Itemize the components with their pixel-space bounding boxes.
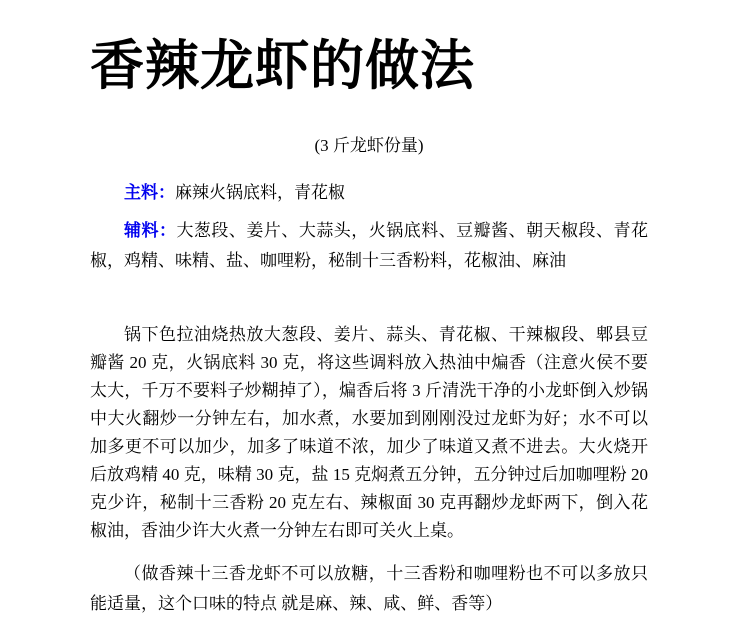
page-title: 香辣龙虾的做法	[90, 34, 648, 99]
recipe-instructions-paragraph: 锅下色拉油烧热放大葱段、姜片、蒜头、青花椒、干辣椒段、郫县豆瓣酱 20 克，火锅…	[90, 321, 648, 545]
portion-note: (3 斤龙虾份量)	[90, 135, 648, 156]
main-ingredients-text: 麻辣火锅底料，青花椒	[175, 183, 345, 202]
recipe-note-paragraph: （做香辣十三香龙虾不可以放糖，十三香粉和咖哩粉也不可以多放只能适量，这个口味的特…	[90, 559, 648, 619]
aux-ingredients-line: 辅料：大葱段、姜片、大蒜头，火锅底料、豆瓣酱、朝天椒段、青花椒，鸡精、味精、盐、…	[90, 216, 648, 276]
main-ingredients-label: 主料：	[124, 183, 175, 202]
main-ingredients-line: 主料：麻辣火锅底料，青花椒	[90, 178, 648, 208]
recipe-document: 香辣龙虾的做法 (3 斤龙虾份量) 主料：麻辣火锅底料，青花椒 辅料：大葱段、姜…	[0, 0, 738, 627]
aux-ingredients-label: 辅料：	[124, 221, 176, 240]
